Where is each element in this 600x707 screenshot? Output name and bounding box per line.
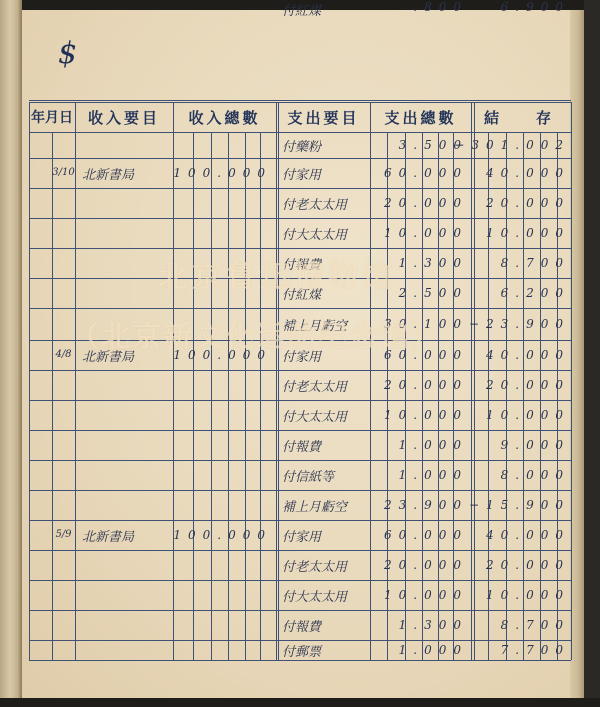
grid-line xyxy=(471,102,472,660)
row-income-total xyxy=(176,610,272,640)
row-expense-item: 付大太太用 xyxy=(282,580,370,610)
row-expense-total: 10.000 xyxy=(372,580,468,610)
row-expense-item: 付老太太用 xyxy=(282,370,370,400)
row-income-total xyxy=(176,370,272,400)
row-date xyxy=(52,188,75,218)
row-income-item xyxy=(82,430,172,460)
row-date xyxy=(52,132,75,158)
header-income-item: 收入要目 xyxy=(75,102,173,132)
row-balance: 20.000 xyxy=(476,550,570,580)
row-expense-total: 1.000 xyxy=(372,640,468,660)
grid-line xyxy=(173,102,174,660)
row-balance: −23.900 xyxy=(476,308,570,340)
row-expense-item: 付老太太用 xyxy=(282,550,370,580)
row-expense-total: .800 xyxy=(372,0,468,14)
header-income-total: 收入總數 xyxy=(173,102,276,132)
row-balance: 10.000 xyxy=(476,400,570,430)
row-income-total xyxy=(176,640,272,660)
row-balance: 8.000 xyxy=(476,460,570,490)
grid-line xyxy=(75,102,76,660)
grid-line xyxy=(29,100,571,101)
row-balance: 6.900 xyxy=(476,0,570,14)
row-expense-item: 付藥粉 xyxy=(282,132,370,158)
row-balance: 7.700 xyxy=(476,640,570,660)
row-income-total: 100.000 xyxy=(176,520,272,550)
watermark-line1: 北京鲁迅博物馆 xyxy=(158,252,396,296)
row-income-total xyxy=(176,188,272,218)
row-expense-total: 20.000 xyxy=(372,550,468,580)
row-balance: 10.000 xyxy=(476,580,570,610)
row-income-item xyxy=(82,218,172,248)
row-date xyxy=(52,278,75,308)
row-expense-item: 付大太太用 xyxy=(282,400,370,430)
row-income-total xyxy=(176,400,272,430)
row-date: 5/9 xyxy=(52,520,75,550)
row-income-total xyxy=(176,430,272,460)
row-date xyxy=(52,218,75,248)
row-expense-item: 補上月虧空 xyxy=(282,490,370,520)
row-balance: 20.000 xyxy=(476,370,570,400)
row-income-item xyxy=(82,550,172,580)
row-expense-total: 20.000 xyxy=(372,188,468,218)
row-expense-item: 付家用 xyxy=(282,520,370,550)
watermark-line2: （北京新文化运动纪念馆） xyxy=(70,314,442,355)
row-balance: 8.700 xyxy=(476,248,570,278)
row-balance: −15.900 xyxy=(476,490,570,520)
row-date xyxy=(52,580,75,610)
row-income-total xyxy=(176,490,272,520)
grid-line xyxy=(571,102,572,660)
row-date xyxy=(52,248,75,278)
row-expense-total: 10.000 xyxy=(372,400,468,430)
row-date xyxy=(52,400,75,430)
row-balance: 6.200 xyxy=(476,278,570,308)
row-balance: 9.000 xyxy=(476,430,570,460)
row-date xyxy=(52,640,75,660)
row-income-item xyxy=(82,370,172,400)
row-balance: 40.000 xyxy=(476,158,570,188)
row-expense-item: 付郵票 xyxy=(282,640,370,660)
header-expense-item: 支出要目 xyxy=(277,102,370,132)
row-balance: −301.002 xyxy=(476,132,570,158)
row-expense-item: 付大太太用 xyxy=(282,218,370,248)
row-income-item: 北新書局 xyxy=(82,520,172,550)
row-income-item xyxy=(82,490,172,520)
row-expense-item: 付信紙等 xyxy=(282,460,370,490)
grid-line xyxy=(29,102,30,660)
grid-line xyxy=(278,102,279,660)
grid-line xyxy=(276,102,277,660)
row-income-total xyxy=(176,580,272,610)
row-balance: 40.000 xyxy=(476,520,570,550)
row-balance: 10.000 xyxy=(476,218,570,248)
row-income-item: 北新書局 xyxy=(82,158,172,188)
row-income-total: 100.000 xyxy=(176,158,272,188)
row-expense-item: 付家用 xyxy=(282,158,370,188)
row-expense-total: 23.900 xyxy=(372,490,468,520)
row-date xyxy=(52,550,75,580)
row-expense-item: 付報費 xyxy=(282,430,370,460)
row-expense-total: 1.300 xyxy=(372,610,468,640)
row-income-item xyxy=(82,188,172,218)
row-expense-total: 60.000 xyxy=(372,158,468,188)
row-expense-total: 10.000 xyxy=(372,218,468,248)
row-expense-total: 20.000 xyxy=(372,370,468,400)
row-expense-total: 1.000 xyxy=(372,460,468,490)
row-expense-total: 60.000 xyxy=(372,520,468,550)
grid-line xyxy=(370,102,371,660)
row-balance: 40.000 xyxy=(476,340,570,370)
row-balance: 8.700 xyxy=(476,610,570,640)
row-expense-item: 付老太太用 xyxy=(282,188,370,218)
row-expense-total: 1.000 xyxy=(372,430,468,460)
row-date xyxy=(52,490,75,520)
header-balance-left: 結 xyxy=(478,102,508,132)
row-income-item xyxy=(82,580,172,610)
row-date xyxy=(52,460,75,490)
row-balance: 20.000 xyxy=(476,188,570,218)
row-date xyxy=(52,610,75,640)
row-income-item xyxy=(82,610,172,640)
header-expense-total: 支出總數 xyxy=(370,102,471,132)
row-income-total xyxy=(176,132,272,158)
row-income-item xyxy=(82,400,172,430)
row-expense-item: 付紅煤 xyxy=(282,0,370,19)
row-income-total xyxy=(176,218,272,248)
grid-line xyxy=(29,660,571,661)
row-income-item xyxy=(82,460,172,490)
row-income-item xyxy=(82,132,172,158)
row-income-item xyxy=(82,640,172,660)
row-date: 3/10 xyxy=(52,158,75,188)
row-income-total xyxy=(176,550,272,580)
header-date: 年月日 xyxy=(29,102,75,132)
row-expense-item: 付報費 xyxy=(282,610,370,640)
header-balance-right: 存 xyxy=(530,102,560,132)
row-income-total xyxy=(176,460,272,490)
grid-line xyxy=(474,102,475,660)
row-date xyxy=(52,430,75,460)
row-date xyxy=(52,370,75,400)
